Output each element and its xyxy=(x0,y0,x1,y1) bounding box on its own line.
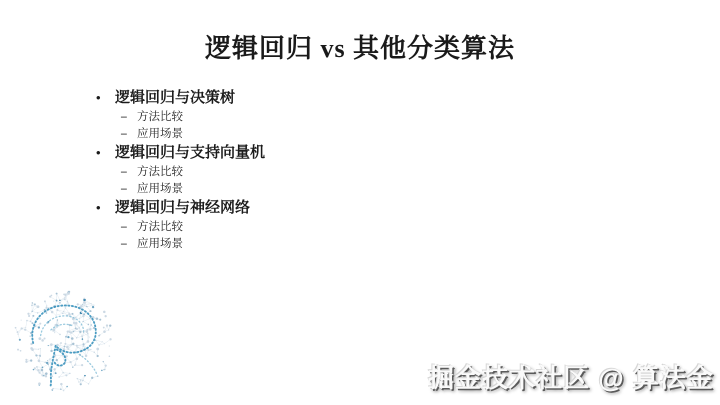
slide-title: 逻辑回归 vs 其他分类算法 xyxy=(0,28,720,65)
sub-bullet-item: – 应用场景 xyxy=(121,236,265,253)
sub-bullet-label: 应用场景 xyxy=(137,181,183,198)
dash-icon: – xyxy=(121,164,137,181)
bullet-group: • 逻辑回归与决策树 – 方法比较 – 应用场景 xyxy=(96,87,265,142)
brain-network-image xyxy=(8,286,120,400)
bullet-group: • 逻辑回归与神经网络 – 方法比较 – 应用场景 xyxy=(96,197,265,252)
sub-bullet-item: – 方法比较 xyxy=(121,109,265,126)
sub-bullet-item: – 应用场景 xyxy=(121,126,265,143)
bullet-label: 逻辑回归与支持向量机 xyxy=(115,143,265,164)
bullet-label: 逻辑回归与决策树 xyxy=(115,88,235,109)
bullet-label: 逻辑回归与神经网络 xyxy=(115,198,250,219)
bullet-group: • 逻辑回归与支持向量机 – 方法比较 – 应用场景 xyxy=(96,142,265,197)
bullet-list: • 逻辑回归与决策树 – 方法比较 – 应用场景 • 逻辑回归与支持向量机 – … xyxy=(96,87,265,252)
bullet-dot-icon: • xyxy=(96,197,115,218)
sub-bullet-item: – 方法比较 xyxy=(121,219,265,236)
bullet-item: • 逻辑回归与支持向量机 xyxy=(96,142,265,164)
sub-bullet-label: 应用场景 xyxy=(137,126,183,143)
bullet-dot-icon: • xyxy=(96,142,115,163)
dash-icon: – xyxy=(121,181,137,198)
sub-bullet-item: – 应用场景 xyxy=(121,181,265,198)
dash-icon: – xyxy=(121,219,137,236)
sub-bullet-item: – 方法比较 xyxy=(121,164,265,181)
sub-bullet-label: 方法比较 xyxy=(137,109,183,126)
dash-icon: – xyxy=(121,126,137,143)
sub-bullet-label: 方法比较 xyxy=(137,219,183,236)
bullet-item: • 逻辑回归与神经网络 xyxy=(96,197,265,219)
dash-icon: – xyxy=(121,109,137,126)
sub-bullet-label: 应用场景 xyxy=(137,236,183,253)
sub-bullet-label: 方法比较 xyxy=(137,164,183,181)
dash-icon: – xyxy=(121,236,137,253)
bullet-item: • 逻辑回归与决策树 xyxy=(96,87,265,109)
bullet-dot-icon: • xyxy=(96,87,115,108)
watermark: 掘金技术社区 @ 算法金 xyxy=(428,358,714,395)
